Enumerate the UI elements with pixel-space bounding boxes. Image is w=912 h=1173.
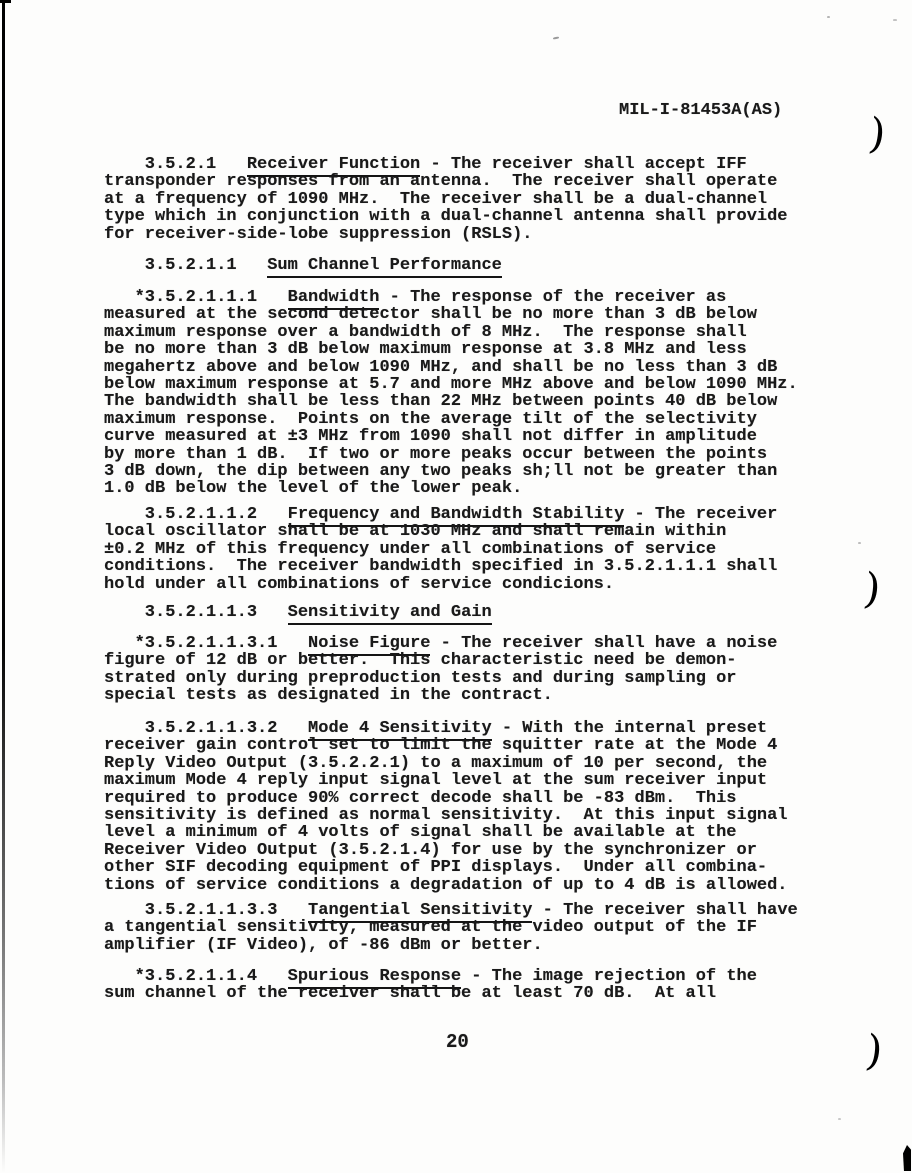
paragraph-mode-4-sensitivity: 3.5.2.1.1.3.2 Mode 4 Sensitivity - With … (104, 720, 788, 894)
scan-speck (553, 36, 559, 39)
heading-title: Sensitivity and Gain (288, 603, 492, 625)
paragraph-spurious-response: *3.5.2.1.1.4 Spurious Response - The ima… (104, 968, 757, 1003)
heading-number: 3.5.2.1.1 (104, 256, 267, 275)
scan-corner-mark (0, 0, 11, 3)
heading-sensitivity-and-gain: 3.5.2.1.1.3 Sensitivity and Gain (104, 604, 492, 621)
paragraph-number: 3.5.2.1.1.3.2 (104, 719, 308, 738)
scanned-spec-page: MIL-I-81453A(AS) ) ) ) 3.5.2.1 Receiver … (0, 0, 912, 1173)
heading-sum-channel-performance: 3.5.2.1.1 Sum Channel Performance (104, 257, 502, 274)
paragraph-body: - With the internal preset receiver gain… (104, 719, 788, 895)
scan-speck (838, 1118, 841, 1120)
page-number: 20 (446, 1033, 469, 1052)
paragraph-number: *3.5.2.1.1.4 (104, 967, 288, 986)
paragraph-tangential-sensitivity: 3.5.2.1.1.3.3 Tangential Sensitivity - T… (104, 902, 798, 954)
paragraph-number: *3.5.2.1.1.1 (104, 288, 288, 307)
scan-ink-mark (903, 1145, 911, 1171)
scan-speck (827, 16, 830, 18)
scan-edge-line (2, 0, 5, 1173)
paragraph-noise-figure: *3.5.2.1.1.3.1 Noise Figure - The receiv… (104, 635, 777, 705)
paragraph-number: 3.5.2.1 (104, 155, 247, 174)
paragraph-receiver-function: 3.5.2.1 Receiver Function - The receiver… (104, 156, 788, 243)
paragraph-bandwidth: *3.5.2.1.1.1 Bandwidth - The response of… (104, 289, 798, 498)
margin-paren-mark-top: ) (867, 116, 887, 152)
paragraph-body: - The response of the receiver as measur… (104, 288, 798, 498)
paragraph-number: *3.5.2.1.1.3.1 (104, 634, 308, 653)
scan-speck (858, 542, 861, 544)
paragraph-number: 3.5.2.1.1.3.3 (104, 901, 308, 920)
document-number: MIL-I-81453A(AS) (619, 102, 782, 119)
paragraph-number: 3.5.2.1.1.2 (104, 505, 288, 524)
scan-speck (893, 19, 897, 21)
heading-title: Sum Channel Performance (267, 256, 502, 278)
heading-number: 3.5.2.1.1.3 (104, 603, 288, 622)
margin-paren-mark-middle: ) (862, 571, 882, 607)
paragraph-frequency-bandwidth-stability: 3.5.2.1.1.2 Frequency and Bandwidth Stab… (104, 506, 777, 593)
margin-paren-mark-bottom: ) (864, 1033, 884, 1069)
